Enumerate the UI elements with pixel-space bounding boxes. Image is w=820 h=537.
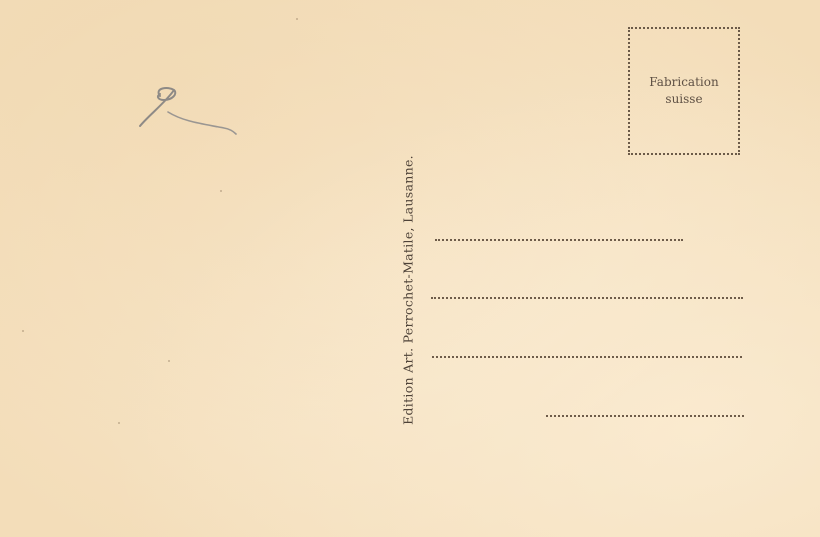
paper-speck	[296, 18, 298, 20]
paper-speck	[220, 190, 222, 192]
handwritten-pencil-mark	[134, 82, 244, 142]
publisher-imprint: Edition Art. Perrochet-Matile, Lausanne.	[401, 155, 416, 425]
paper-speck	[118, 422, 120, 424]
paper-speck	[168, 360, 170, 362]
stamp-box-text-line2: suisse	[665, 91, 702, 108]
stamp-box-text-line1: Fabrication	[649, 74, 718, 91]
address-line-4	[546, 415, 744, 417]
stamp-placement-box: Fabrication suisse	[628, 27, 740, 155]
address-line-3	[432, 356, 742, 358]
postcard-back: Fabrication suisse Edition Art. Perroche…	[0, 0, 820, 537]
address-line-1	[435, 239, 683, 241]
address-line-2	[431, 297, 743, 299]
paper-speck	[22, 330, 24, 332]
